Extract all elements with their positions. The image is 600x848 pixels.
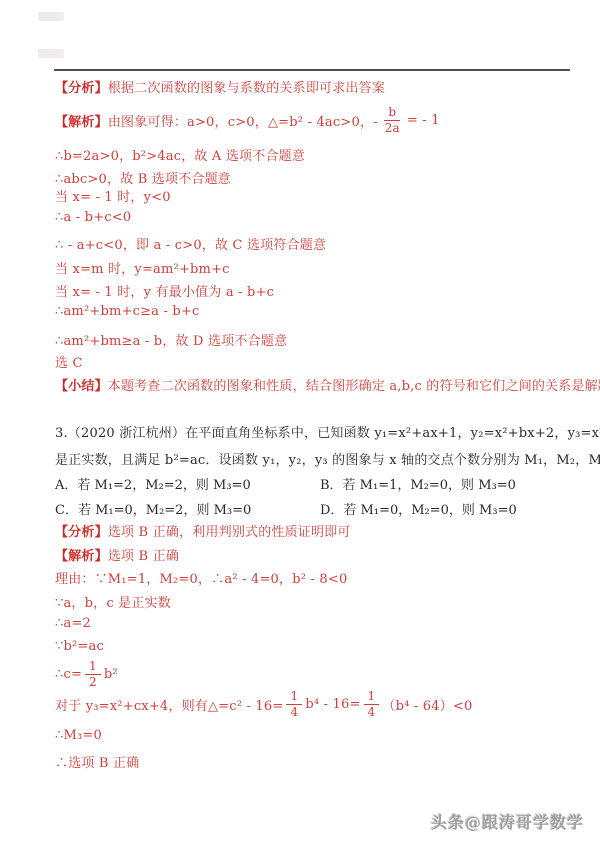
jiexi-text: 选项 B 正确 [108, 549, 179, 564]
jiexi-label: 【解析】 [55, 111, 108, 130]
jiexi-line-q3: 【解析】选项 B 正确 [55, 545, 179, 564]
option-a: A．若 M₁=2，M₂=2，则 M₃=0 [55, 474, 320, 493]
watermark: 头条@跟涛哥学数学 [431, 810, 584, 833]
question-stem-line2: 是正实数，且满足 b²=ac．设函数 y₁，y₂，y₃ 的图象与 x 轴的交点个… [55, 449, 600, 468]
solution-line: ∴ - a+c<0，即 a - c>0，故 C 选项符合题意 [55, 234, 326, 253]
jiexi-text2: = - 1 [407, 113, 440, 128]
jiexi-text1: 由图象可得：a>0，c>0，△=b² - 4ac>0，- [108, 111, 378, 130]
jiexi-label: 【解析】 [55, 549, 108, 564]
solution-line: ∴a=2 [55, 616, 91, 631]
solution-line: ∴M₃=0 [55, 728, 102, 743]
fraction-numerator: 1 [85, 660, 101, 675]
option-row-ab: A．若 M₁=2，M₂=2，则 M₃=0 B．若 M₁=1，M₂=0，则 M₃=… [55, 474, 570, 493]
solution-line: ∴选项 B 正确 [55, 752, 139, 771]
delta-text3: （b⁴ - 64）<0 [382, 695, 472, 714]
solution-line: 理由：∵M₁=1，M₂=0，∴a² - 4=0，b² - 8<0 [55, 568, 347, 587]
fraction-numerator: 1 [364, 690, 380, 705]
c-suffix: b² [104, 667, 118, 682]
fraction-denominator: 4 [286, 705, 302, 719]
analysis-text: 选项 B 正确，利用判别式的性质证明即可 [108, 525, 351, 540]
fraction-numerator: 1 [286, 690, 302, 705]
solution-line-delta: 对于 y₃=x²+cx+4，则有△=c² - 16=14b⁴ - 16=14（b… [55, 686, 473, 722]
document-page: 【分析】根据二次函数的图象与系数的关系即可求出答案 【解析】由图象可得：a>0，… [0, 0, 600, 848]
solution-line: 当 x=m 时，y=am²+bm+c [55, 258, 230, 277]
solution-line: ∵a，b，c 是正实数 [55, 592, 171, 611]
analysis-line-q3: 【分析】选项 B 正确，利用判别式的性质证明即可 [55, 521, 351, 540]
option-c: C．若 M₁=0，M₂=2，则 M₃=0 [55, 499, 320, 518]
summary-line: 【小结】本题考查二次函数的图象和性质，结合图形确定 a,b,c 的符号和它们之间… [55, 375, 600, 394]
delta-text2: b⁴ - 16= [305, 697, 360, 712]
fraction-denominator: 4 [364, 705, 380, 719]
summary-text: 本题考查二次函数的图象和性质，结合图形确定 a,b,c 的符号和它们之间的关系是… [108, 379, 600, 394]
summary-label: 【小结】 [55, 379, 108, 394]
fraction-numerator: b [384, 106, 400, 121]
scan-artifact [38, 49, 64, 58]
solution-line: 当 x= - 1 时，y 有最小值为 a - b+c [55, 281, 274, 300]
option-row-cd: C．若 M₁=0，M₂=2，则 M₃=0 D．若 M₁=0，M₂=0，则 M₃=… [55, 499, 570, 518]
fraction-one-quarter: 14 [286, 690, 302, 718]
option-b: B．若 M₁=1，M₂=0，则 M₃=0 [320, 474, 570, 493]
solution-line: ∴a - b+c<0 [55, 210, 131, 225]
analysis-label: 【分析】 [55, 525, 108, 540]
jiexi-line: 【解析】由图象可得：a>0，c>0，△=b² - 4ac>0，-b2a= - 1 [55, 102, 440, 138]
analysis-label: 【分析】 [55, 81, 108, 96]
scan-artifact [38, 12, 64, 21]
solution-line: ∵b²=ac [55, 639, 104, 654]
option-d: D．若 M₁=0，M₂=0，则 M₃=0 [320, 499, 570, 518]
analysis-line: 【分析】根据二次函数的图象与系数的关系即可求出答案 [55, 77, 385, 96]
solution-line: 选 C [55, 352, 83, 371]
section-divider [54, 69, 570, 71]
fraction-denominator: 2a [381, 121, 404, 135]
solution-line: 当 x= - 1 时，y<0 [55, 186, 171, 205]
delta-text1: 对于 y₃=x²+cx+4，则有△=c² - 16= [55, 695, 283, 714]
question-stem-line1: 3.（2020 浙江杭州）在平面直角坐标系中，已知函数 y₁=x²+ax+1，y… [55, 422, 600, 441]
solution-line: ∴abc>0，故 B 选项不合题意 [55, 168, 231, 187]
fraction-b-over-2a: b2a [381, 106, 404, 134]
fraction-one-quarter: 14 [364, 690, 380, 718]
c-prefix: ∴c= [55, 667, 82, 682]
analysis-text: 根据二次函数的图象与系数的关系即可求出答案 [108, 81, 385, 96]
fraction-one-half: 12 [85, 660, 101, 688]
solution-line: ∴am²+bm≥a - b，故 D 选项不合题意 [55, 330, 287, 349]
solution-line: ∴b=2a>0，b²>4ac，故 A 选项不合题意 [55, 145, 305, 164]
solution-line: ∴am²+bm+c≥a - b+c [55, 304, 199, 319]
